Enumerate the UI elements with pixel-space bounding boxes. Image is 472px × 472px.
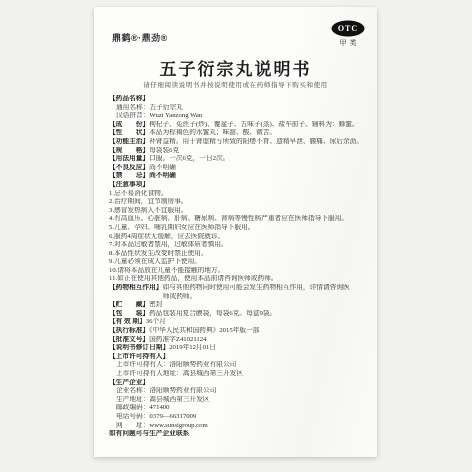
line-label: 【批准文号】 (109, 336, 149, 343)
line-text: 1.忌不易消化食物。 (109, 190, 168, 197)
document-line: 2.治疗期间，宜节制房事。 (109, 198, 366, 207)
line-text: 汉语拼音：Wuzi Yanzong Wan (116, 112, 202, 119)
leaflet-photo: 鼎鹤®·鼎劲® OTC 甲类 五子衍宗丸说明书 请仔细阅读说明书并按说明使用或在… (0, 0, 472, 472)
document-line: 【说明书修订日期】2019年12月01日 (109, 344, 366, 353)
line-text: 3.感冒发热病人不宜服用。 (109, 207, 188, 214)
page-subtitle: 请仔细阅读说明书并按说明使用或在药师指导下购买和使用 (94, 80, 377, 89)
line-text: 邮政编码：471400 (116, 404, 170, 411)
document-line: 网 址：www.sunsigroup.com (109, 422, 366, 431)
line-text: 国药准字Z41021124 (149, 336, 206, 343)
document-line: 11.如正在使用其他药品，使用本品前请咨询医师或药师。 (109, 275, 366, 284)
document-line: 【规 格】每袋装6克 (109, 147, 366, 156)
line-label: 【禁 忌】 (109, 172, 149, 179)
line-text: 尚不明确 (149, 172, 176, 179)
document-line: 3.感冒发热病人不宜服用。 (109, 207, 366, 216)
document-body: 【药品名称】通用名称：五子衍宗丸汉语拼音：Wuzi Yanzong Wan【成 … (109, 95, 366, 439)
document-line: 邮政编码：471400 (109, 404, 366, 413)
line-text: 药品包装用复合膜袋，每袋6克。每盒9袋。 (149, 310, 276, 317)
document-line: 【药品名称】 (109, 95, 366, 104)
document-line: 5.儿童、孕妇、哺乳期妇女应在医师指导下服用。 (109, 224, 366, 233)
line-text: 尚不明确 (149, 164, 176, 171)
line-label: 【生产企业】 (109, 379, 149, 386)
line-text: 电话号码：0379—66317009 (116, 413, 196, 420)
line-label: 【成 份】 (109, 121, 149, 128)
line-text: 11.如正在使用其他药品，使用本品前请咨询医师或药师。 (109, 275, 278, 282)
line-label: 【有 效 期】 (109, 318, 146, 325)
document-line: 企业名称：洛阳顺势药业有限公司 (109, 387, 366, 396)
line-text: 通用名称：五子衍宗丸 (116, 104, 183, 111)
line-text: 上市许可持有人：洛阳顺势药业有限公司 (116, 361, 236, 368)
document-line: 7.对本品过敏者禁用，过敏体质者慎用。 (109, 241, 366, 250)
line-text: 口服。一次6克，一日2次。 (149, 155, 229, 162)
document-line: 10.请将本品放在儿童不能接触的地方。 (109, 267, 366, 276)
line-text: 生产地址：嵩县城西第三开发区 (116, 396, 210, 403)
line-label: 【说明书修订日期】 (109, 344, 169, 351)
line-text: 企业名称：洛阳顺势药业有限公司 (116, 387, 216, 394)
line-text: 本品为棕褐色的水蜜丸；味甜、酸、微苦。 (149, 129, 276, 136)
line-label: 【性 状】 (109, 129, 149, 136)
line-label: 【药物相互作用】 (109, 284, 163, 291)
document-line: 【成 份】枸杞子、菟丝子(炒)、覆盆子、五味子(蒸)、盐车前子。辅料为：蜂蜜。 (109, 121, 366, 130)
line-label: 【规 格】 (109, 147, 149, 154)
line-text: 上市许可持有人地址：嵩县城西第三开发区 (116, 370, 243, 377)
document-line: 【上市许可持有人】 (109, 353, 366, 362)
document-line: 【贮 藏】密封 (109, 301, 366, 310)
line-label: 【药品名称】 (109, 95, 149, 102)
line-text: 9.儿童必须在成人监护下使用。 (109, 258, 201, 265)
document-line: 师或药师。 (109, 293, 366, 302)
document-line: 【注意事项】 (109, 181, 366, 190)
line-text: 7.对本品过敏者禁用，过敏体质者慎用。 (109, 241, 228, 248)
document-line: 上市许可持有人：洛阳顺势药业有限公司 (109, 361, 366, 370)
document-line: 1.忌不易消化食物。 (109, 190, 366, 199)
document-line: 4.有高血压、心脏病、肝病、糖尿病、肾病等慢性病严重者应在医师指导下服用。 (109, 215, 366, 224)
document-line: 【不良反应】尚不明确 (109, 164, 366, 173)
document-line: 如有问题可与生产企业联系 (109, 430, 366, 439)
document-line: 6.服药4周症状无缓解，应去医院就诊。 (109, 233, 366, 242)
document-line: 【药物相互作用】如与其他药物同时使用可能会发生药物相互作用，详情请咨询医 (109, 284, 366, 293)
document-line: 汉语拼音：Wuzi Yanzong Wan (109, 112, 366, 121)
document-line: 【批准文号】国药准字Z41021124 (109, 336, 366, 345)
line-label: 【上市许可持有人】 (109, 353, 169, 360)
document-line: 上市许可持有人地址：嵩县城西第三开发区 (109, 370, 366, 379)
line-text: 补肾益精。用于肾虚精亏所致的阳痿不育、遗精早泄、腰痛、尿后余沥。 (149, 138, 363, 145)
line-label: 【不良反应】 (109, 164, 149, 171)
line-text: 枸杞子、菟丝子(炒)、覆盆子、五味子(蒸)、盐车前子。辅料为：蜂蜜。 (149, 121, 359, 128)
page-title: 五子衍宗丸说明书 (94, 55, 377, 80)
document-line: 9.儿童必须在成人监护下使用。 (109, 258, 366, 267)
line-text: 如与其他药物同时使用可能会发生药物相互作用，详情请咨询医 (163, 284, 350, 291)
document-line: 【用法用量】口服。一次6克，一日2次。 (109, 155, 366, 164)
line-text: 2019年12月01日 (169, 344, 216, 351)
line-text: 36个月 (146, 318, 166, 325)
line-label: 【包 装】 (109, 310, 149, 317)
document-line: 【禁 忌】尚不明确 (109, 172, 366, 181)
line-text: 8.本品性状发生改变时禁止使用。 (109, 250, 208, 257)
document-line: 【包 装】药品包装用复合膜袋，每袋6克。每盒9袋。 (109, 310, 366, 319)
document-line: 电话号码：0379—66317009 (109, 413, 366, 422)
otc-label: OTC (338, 24, 358, 33)
otc-category-label: 甲类 (330, 38, 366, 48)
line-text: 网 址：www.sunsigroup.com (116, 422, 208, 429)
line-text: 每袋装6克 (149, 147, 179, 154)
otc-badge: OTC 甲类 (330, 21, 366, 48)
line-text: 如有问题可与生产企业联系 (109, 430, 189, 437)
line-label: 【功能主治】 (109, 138, 149, 145)
document-line: 生产地址：嵩县城西第三开发区 (109, 396, 366, 405)
line-text: 5.儿童、孕妇、哺乳期妇女应在医师指导下服用。 (109, 224, 254, 231)
document-line: 【有 效 期】36个月 (109, 318, 366, 327)
line-text: 10.请将本品放在儿童不能接触的地方。 (109, 267, 224, 274)
document-line: 【功能主治】补肾益精。用于肾虚精亏所致的阳痿不育、遗精早泄、腰痛、尿后余沥。 (109, 138, 366, 147)
document-line: 8.本品性状发生改变时禁止使用。 (109, 250, 366, 259)
otc-ellipse-icon: OTC (332, 21, 364, 36)
leaflet-paper: 鼎鹤®·鼎劲® OTC 甲类 五子衍宗丸说明书 请仔细阅读说明书并按说明使用或在… (94, 7, 377, 457)
line-label: 【用法用量】 (109, 155, 149, 162)
line-text: 密封 (149, 301, 162, 308)
line-text: 《中华人民共和国药典》2015年版一部 (149, 327, 259, 334)
line-text: 师或药师。 (163, 293, 196, 300)
document-line: 【执行标准】《中华人民共和国药典》2015年版一部 (109, 327, 366, 336)
line-label: 【执行标准】 (109, 327, 149, 334)
brand-logo-text: 鼎鹤®·鼎劲® (112, 31, 168, 44)
document-line: 【生产企业】 (109, 379, 366, 388)
document-line: 【性 状】本品为棕褐色的水蜜丸；味甜、酸、微苦。 (109, 129, 366, 138)
line-text: 6.服药4周症状无缓解，应去医院就诊。 (109, 233, 224, 240)
line-label: 【贮 藏】 (109, 301, 149, 308)
line-label: 【注意事项】 (109, 181, 149, 188)
document-line: 通用名称：五子衍宗丸 (109, 104, 366, 113)
line-text: 2.治疗期间，宜节制房事。 (109, 198, 188, 205)
line-text: 4.有高血压、心脏病、肝病、糖尿病、肾病等慢性病严重者应在医师指导下服用。 (109, 215, 348, 222)
